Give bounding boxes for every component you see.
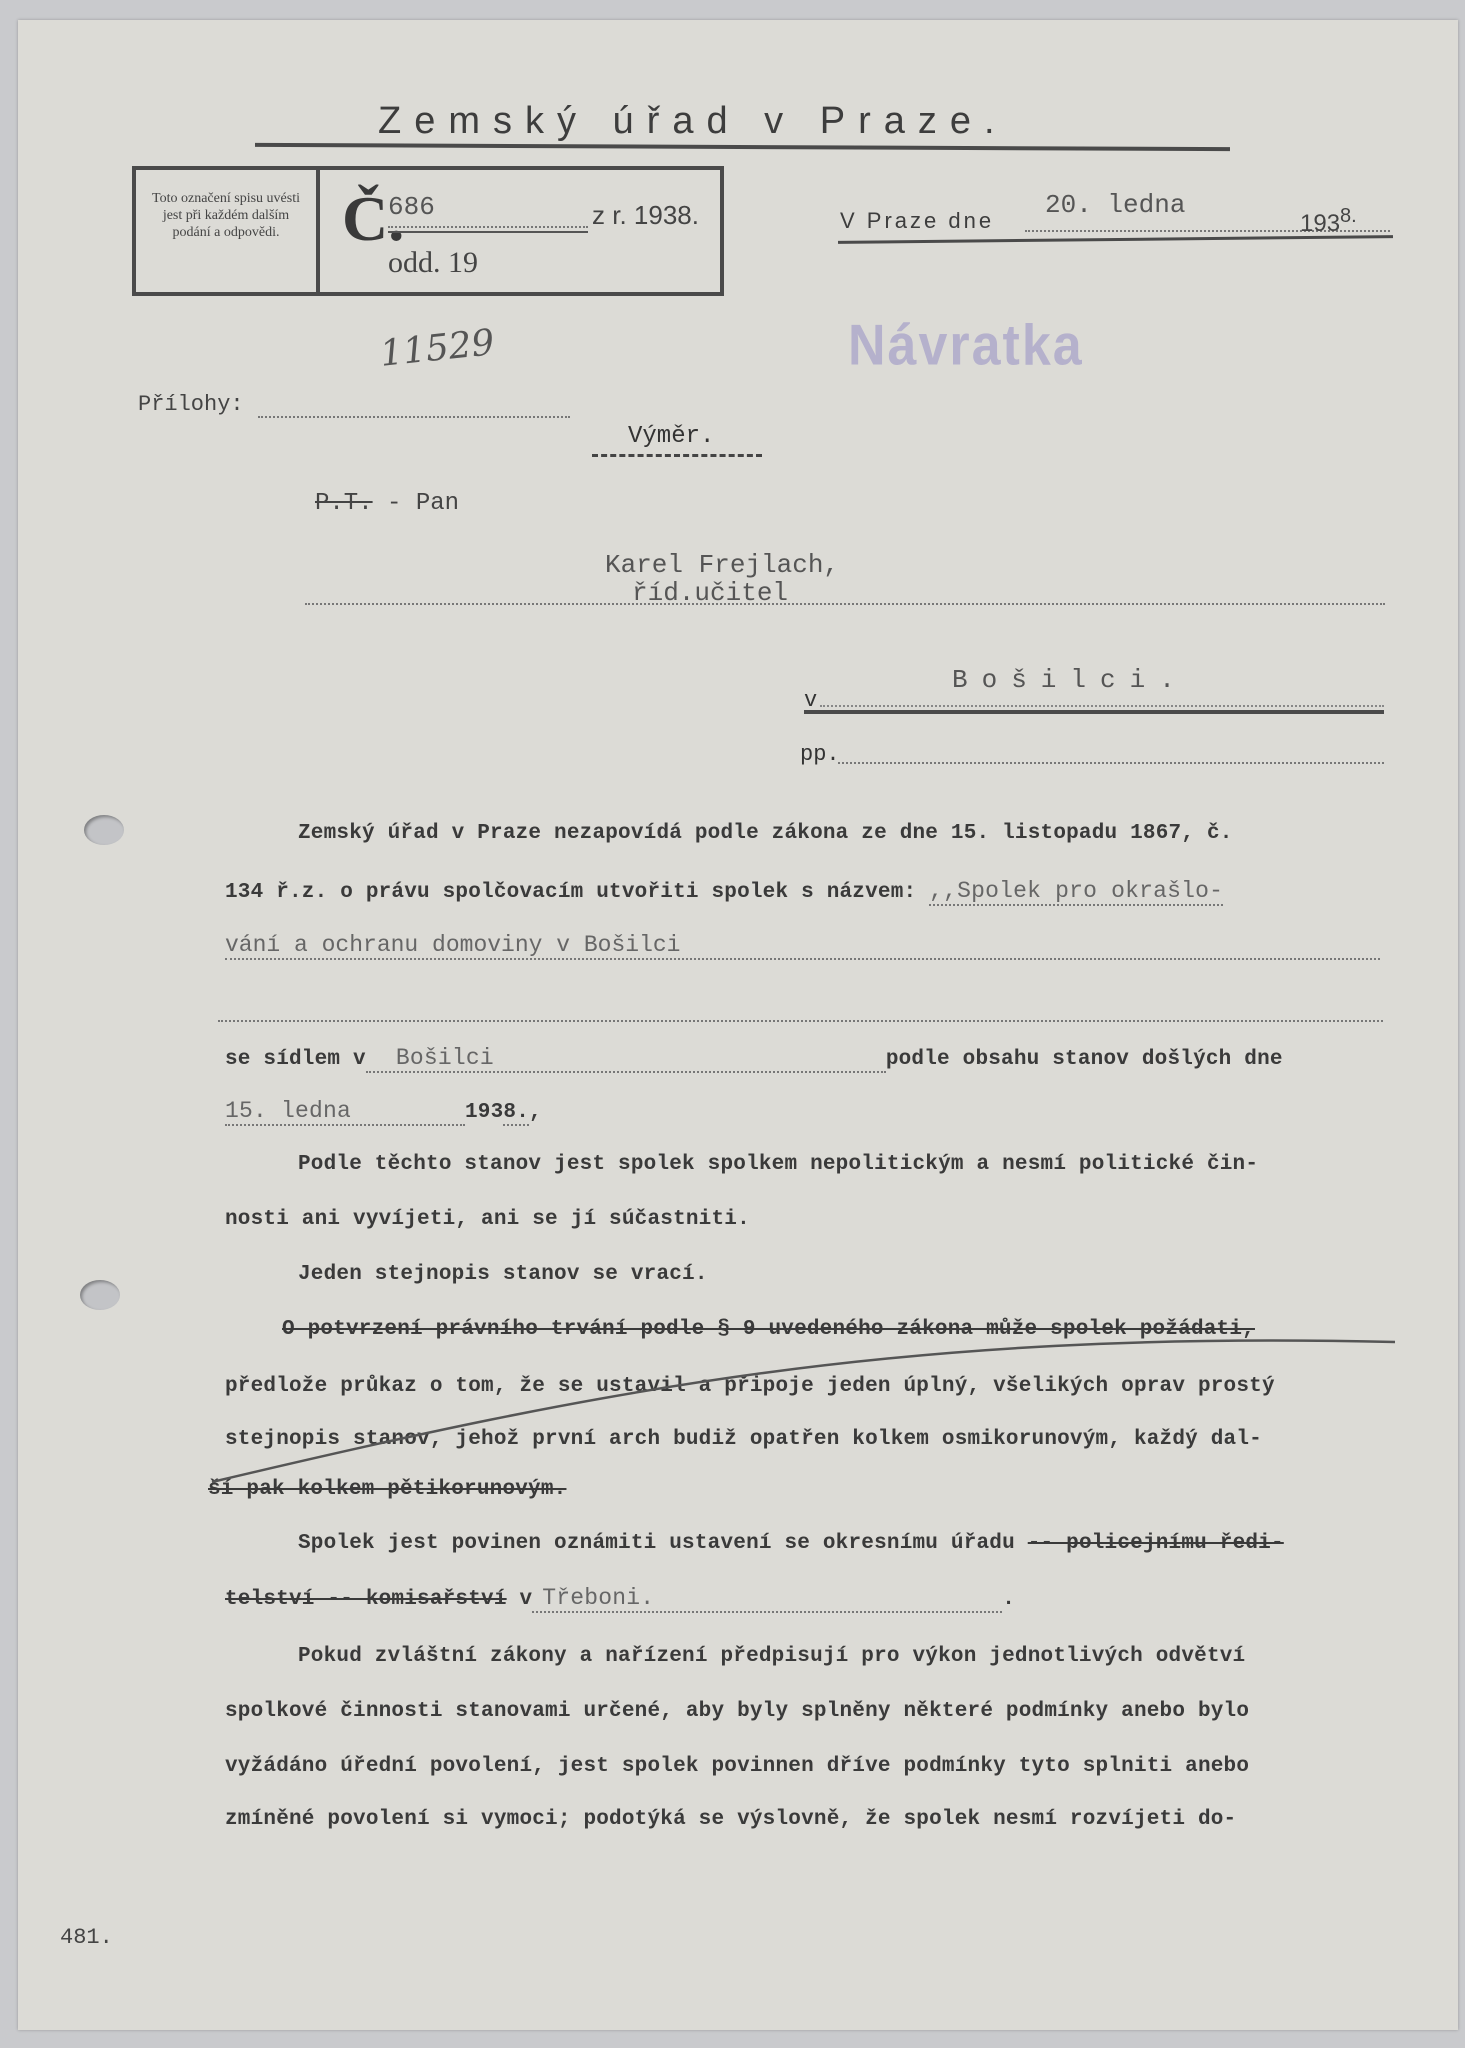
date-value: 20. ledna <box>1045 190 1185 220</box>
seat-prefix: se sídlem v <box>225 1048 366 1071</box>
law-reference: 134 ř.z. o právu spolčovacím utvořiti sp… <box>225 881 916 904</box>
body-seat-line: se sídlem vBošilcipodle obsahu stanov do… <box>225 1045 1283 1073</box>
attachments-field <box>258 416 570 418</box>
body-p4-line2: předlože průkaz o tom, že se ustavil a p… <box>225 1375 1275 1398</box>
file-number-dots <box>388 226 588 228</box>
body-received-line: 15. ledna1938., <box>225 1098 542 1126</box>
received-end: , <box>529 1101 542 1124</box>
date-year-suffix: 8. <box>1340 205 1357 227</box>
addressee-dots <box>305 603 1385 605</box>
document-type-underline <box>592 454 762 457</box>
date-prefix: V Praze dne <box>840 208 994 234</box>
association-name-2: vání a ochranu domoviny v Bošilci <box>225 932 1380 960</box>
file-number: 686 <box>388 192 435 222</box>
body-p1-line1: Zemský úřad v Praze nezapovídá podle zák… <box>298 822 1233 845</box>
date-year: 1938. <box>1300 205 1357 238</box>
seat-value: Bošilci <box>366 1045 886 1073</box>
p5-struck-2: telství -- komisařství <box>225 1588 507 1611</box>
association-name-1: ,,Spolek pro okrašlo- <box>929 878 1223 906</box>
body-p6-line3: vyžádáno úřední povolení, jest spolek po… <box>225 1755 1249 1778</box>
post-dots <box>838 762 1384 764</box>
addressee-name: Karel Frejlach, <box>605 550 839 580</box>
district-office-place: Třeboni. <box>532 1585 1002 1613</box>
p5-struck-1: -- policejnímu ředi- <box>1028 1532 1284 1555</box>
document-page <box>18 20 1458 2030</box>
received-year-suffix: 8. <box>503 1101 529 1126</box>
body-p1-line2: 134 ř.z. o právu spolčovacím utvořiti sp… <box>225 878 1223 904</box>
file-year: z r. 1938. <box>592 200 699 231</box>
document-type: Výměr. <box>628 423 714 450</box>
form-number: 481. <box>60 1925 113 1950</box>
body-p2-line1: Podle těchto stanov jest spolek spolkem … <box>298 1153 1258 1176</box>
department: odd. 19 <box>388 246 478 280</box>
p5-end: . <box>1002 1588 1015 1611</box>
association-name-3-blank <box>218 1020 1383 1022</box>
body-p5-line1: Spolek jest povinen oznámiti ustavení se… <box>298 1532 1284 1555</box>
punch-hole-top <box>84 815 124 845</box>
body-p6-line1: Pokud zvláštní zákony a nařízení předpis… <box>298 1645 1245 1668</box>
body-p6-line2: spolkové činnosti stanovami určené, aby … <box>225 1700 1249 1723</box>
date-year-prefix: 193 <box>1300 210 1340 237</box>
year-prefix: z r. 193 <box>592 200 677 230</box>
body-p4-line3: stejnopis stanov, jehož první arch budiž… <box>225 1428 1262 1451</box>
p5-prefix: v <box>519 1588 532 1611</box>
body-p6-line4: zmíněné povolení si vymoci; podotýká se … <box>225 1808 1236 1831</box>
salutation-text: - Pan <box>387 490 459 517</box>
p5-text: Spolek jest povinen oznámiti ustavení se… <box>298 1532 1015 1555</box>
file-number-rule <box>388 231 588 233</box>
addressee-place: Bošilci. <box>952 665 1189 695</box>
attachments-label: Přílohy: <box>138 392 244 417</box>
body-p5-line2: telství -- komisařství vTřeboni.. <box>225 1585 1015 1613</box>
punch-hole-bottom <box>80 1280 120 1310</box>
received-date: 15. ledna <box>225 1098 465 1126</box>
body-p3: Jeden stejnopis stanov se vrací. <box>298 1263 708 1286</box>
body-p4-line4-struck: ší pak kolkem pětikorunovým. <box>208 1478 566 1501</box>
salutation: P.T. - Pan <box>315 490 459 517</box>
navratka-stamp: Návratka <box>848 313 1084 379</box>
body-p2-line2: nosti ani vyvíjeti, ani se jí súčastniti… <box>225 1208 750 1231</box>
body-p4-line1-struck: O potvrzení právního trvání podle § 9 uv… <box>282 1318 1255 1341</box>
seat-suffix: podle obsahu stanov došlých dne <box>886 1048 1283 1071</box>
reference-note: Toto označení spisu uvésti jest při každ… <box>136 170 320 292</box>
received-year-prefix: 193 <box>465 1101 503 1124</box>
year-suffix: 8. <box>677 200 699 230</box>
salutation-struck: P.T. <box>315 490 373 517</box>
office-title: Zemský úřad v Praze. <box>378 100 1008 143</box>
post-prefix: pp. <box>800 742 840 767</box>
place-underline <box>804 710 1384 714</box>
place-dots <box>820 705 1384 707</box>
